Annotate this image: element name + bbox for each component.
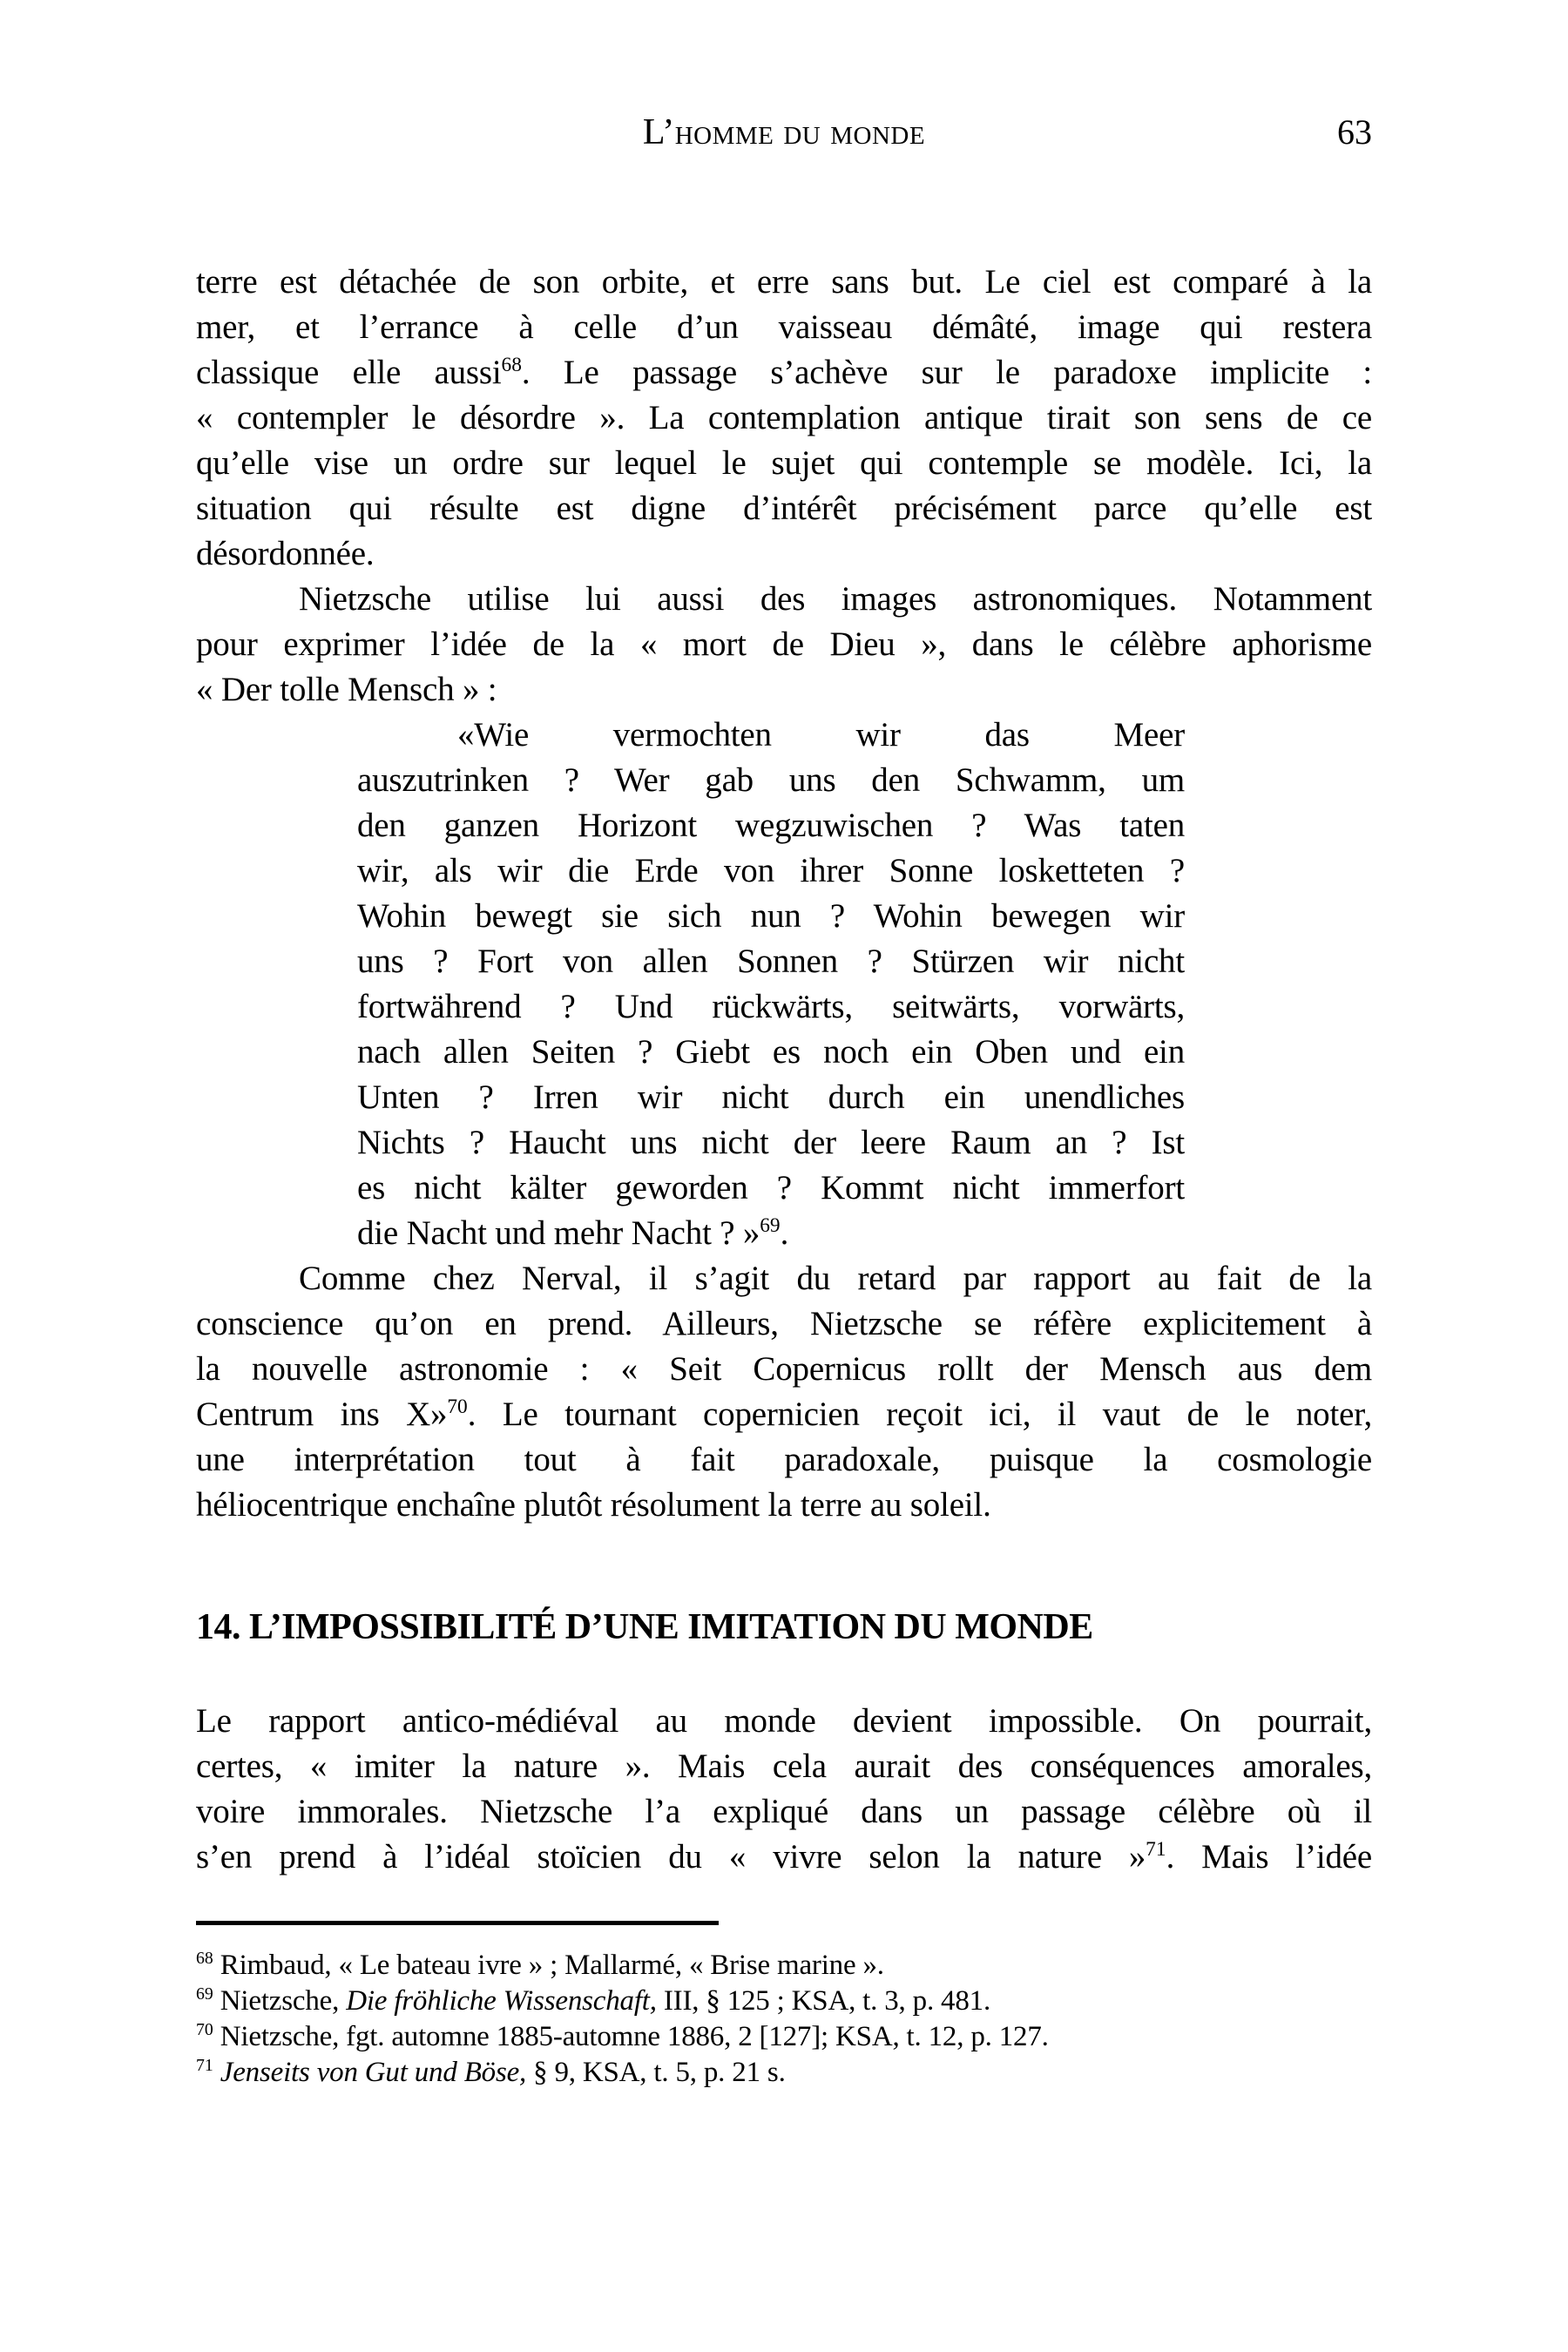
text-line: uns ? Fort von allen Sonnen ? Stürzen wi…: [357, 939, 1185, 984]
footnote-item: 69Nietzsche, Die fröhliche Wissenschaft,…: [196, 1984, 1372, 2019]
text-line: voire immorales. Nietzsche l’a expliqué …: [196, 1789, 1372, 1835]
text-line: Comme chez Nerval, il s’agit du retard p…: [196, 1256, 1372, 1301]
body-paragraph: Nietzsche utilise lui aussi des images a…: [196, 577, 1372, 713]
body-paragraph: terre est détachée de son orbite, et err…: [196, 260, 1372, 577]
footnote-separator-rule: [196, 1921, 719, 1925]
book-page: L’homme du monde 63 terre est détachée d…: [0, 0, 1568, 2352]
section-heading: 14. L’IMPOSSIBILITÉ D’UNE IMITATION DU M…: [196, 1605, 1372, 1650]
text-line: Nietzsche utilise lui aussi des images a…: [196, 577, 1372, 622]
text-line: auszutrinken ? Wer gab uns den Schwamm, …: [357, 758, 1185, 803]
text-line: die Nacht und mehr Nacht ? »69.: [357, 1211, 1185, 1256]
footnote-list: 68Rimbaud, « Le bateau ivre » ; Mallarmé…: [196, 1948, 1372, 2091]
text-line: héliocentrique enchaîne plutôt résolumen…: [196, 1483, 1372, 1528]
text-line: la nouvelle astronomie : « Seit Copernic…: [196, 1347, 1372, 1392]
text-line: « Der tolle Mensch » :: [196, 667, 1372, 713]
text-line: désordonnée.: [196, 531, 1372, 577]
text-line: Nichts ? Haucht uns nicht der leere Raum…: [357, 1120, 1185, 1166]
footnotes-section: 68Rimbaud, « Le bateau ivre » ; Mallarmé…: [196, 1921, 1372, 2091]
footnote-number: 71: [196, 2056, 213, 2075]
text-line: terre est détachée de son orbite, et err…: [196, 260, 1372, 305]
main-text-block: terre est détachée de son orbite, et err…: [196, 260, 1372, 1880]
text-line: Le rapport antico-médiéval au monde devi…: [196, 1699, 1372, 1744]
footnote-number: 70: [196, 2020, 213, 2039]
text-line: Wohin bewegt sie sich nun ? Wohin bewege…: [357, 894, 1185, 939]
text-line: Centrum ins X»70. Le tournant copernicie…: [196, 1392, 1372, 1437]
text-line: nach allen Seiten ? Giebt es noch ein Ob…: [357, 1030, 1185, 1075]
text-line: certes, « imiter la nature ». Mais cela …: [196, 1744, 1372, 1789]
footnote-number: 68: [196, 1949, 213, 1968]
text-line: conscience qu’on en prend. Ailleurs, Nie…: [196, 1301, 1372, 1347]
text-line: « contempler le désordre ». La contempla…: [196, 395, 1372, 441]
footnote-item: 71Jenseits von Gut und Böse, § 9, KSA, t…: [196, 2055, 1372, 2091]
text-line: situation qui résulte est digne d’intérê…: [196, 486, 1372, 531]
text-line: qu’elle vise un ordre sur lequel le suje…: [196, 441, 1372, 486]
text-line: es nicht kälter geworden ? Kommt nicht i…: [357, 1166, 1185, 1211]
running-header-title: L’homme du monde: [196, 112, 1372, 153]
text-line: fortwährend ? Und rückwärts, seitwärts, …: [357, 984, 1185, 1030]
text-line: «Wie vermochten wir das Meer: [357, 713, 1185, 758]
german-blockquote: «Wie vermochten wir das Meerauszutrinken…: [357, 713, 1185, 1256]
text-line: une interprétation tout à fait paradoxal…: [196, 1437, 1372, 1483]
text-line: pour exprimer l’idée de la « mort de Die…: [196, 622, 1372, 667]
text-line: mer, et l’errance à celle d’un vaisseau …: [196, 305, 1372, 350]
page-number: 63: [1337, 112, 1372, 152]
running-header: L’homme du monde 63: [196, 112, 1372, 164]
text-line: den ganzen Horizont wegzuwischen ? Was t…: [357, 803, 1185, 848]
body-paragraph: Le rapport antico-médiéval au monde devi…: [196, 1699, 1372, 1880]
body-paragraph: Comme chez Nerval, il s’agit du retard p…: [196, 1256, 1372, 1528]
text-line: s’en prend à l’idéal stoïcien du « vivre…: [196, 1835, 1372, 1880]
footnote-number: 69: [196, 1984, 213, 2004]
text-line: wir, als wir die Erde von ihrer Sonne lo…: [357, 848, 1185, 894]
footnote-item: 68Rimbaud, « Le bateau ivre » ; Mallarmé…: [196, 1948, 1372, 1984]
text-line: classique elle aussi68. Le passage s’ach…: [196, 350, 1372, 395]
text-line: Unten ? Irren wir nicht durch ein unendl…: [357, 1075, 1185, 1120]
footnote-item: 70Nietzsche, fgt. automne 1885-automne 1…: [196, 2019, 1372, 2055]
